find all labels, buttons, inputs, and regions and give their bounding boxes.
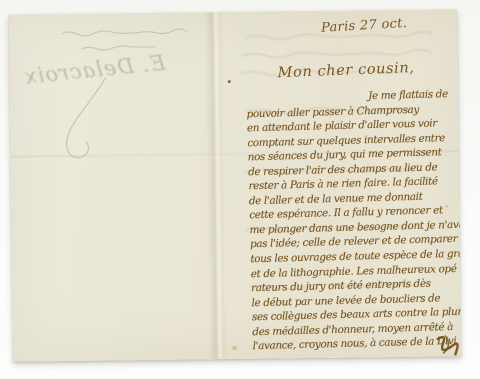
showthrough-signature: E. Delacroix (23, 51, 167, 89)
letter-scan-photo: E. Delacroix Paris 27 oct. Mon cher cous… (0, 0, 480, 379)
paper-speck (228, 80, 231, 83)
signature-paraph-loop (66, 78, 107, 158)
center-fold (205, 12, 227, 359)
letter-salutation: Mon cher cousin, (277, 60, 414, 81)
letter-sheet: E. Delacroix Paris 27 oct. Mon cher cous… (9, 9, 461, 361)
letter-dateline: Paris 27 oct. (321, 16, 408, 36)
letter-body: Je me flattais de pouvoir aller passer à… (246, 88, 461, 355)
paper-speck (232, 346, 237, 350)
